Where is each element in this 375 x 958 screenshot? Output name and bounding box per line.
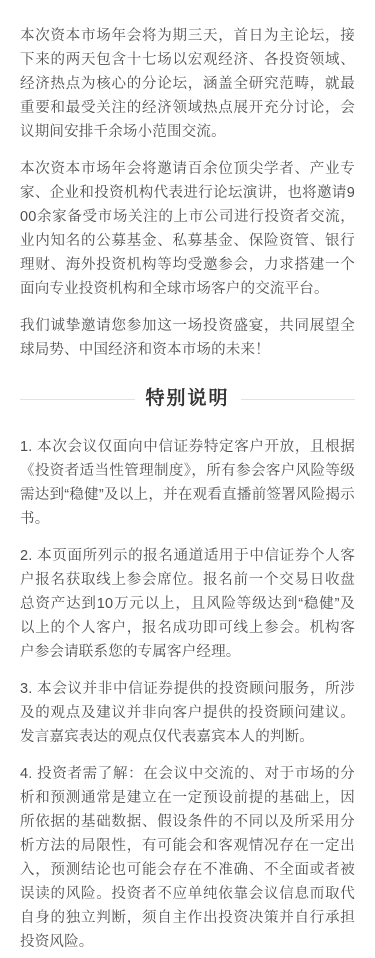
divider-line-right [241,399,356,400]
special-note-2: 2. 本页面所列示的报名通道适用于中信证券个人客户报名获取线上参会席位。报名前一… [20,544,355,664]
event-description-page: 本次资本市场年会将为期三天，首日为主论坛，接下来的两天包含十七场以宏观经济、各投… [0,0,375,958]
special-note-1: 1. 本次会议仅面向中信证券特定客户开放，且根据《投资者适当性管理制度》，所有参… [20,435,355,531]
special-note-4: 4. 投资者需了解：在会议中交流的、对于市场的分析和预测通常是建立在一定预设前提… [20,762,355,954]
special-notes-header: 特别说明 [20,386,355,412]
section-title: 特别说明 [135,386,241,412]
intro-paragraph-1: 本次资本市场年会将为期三天，首日为主论坛，接下来的两天包含十七场以宏观经济、各投… [20,24,355,144]
divider-line-left [20,399,135,400]
special-note-3: 3. 本会议并非中信证券提供的投资顾问服务，所涉及的观点及建议并非向客户提供的投… [20,677,355,749]
intro-paragraph-3: 我们诚挚邀请您参加这一场投资盛宴，共同展望全球局势、中国经济和资本市场的未来！ [20,314,355,362]
intro-paragraph-2: 本次资本市场年会将邀请百余位顶尖学者、产业专家、企业和投资机构代表进行论坛演讲，… [20,157,355,301]
